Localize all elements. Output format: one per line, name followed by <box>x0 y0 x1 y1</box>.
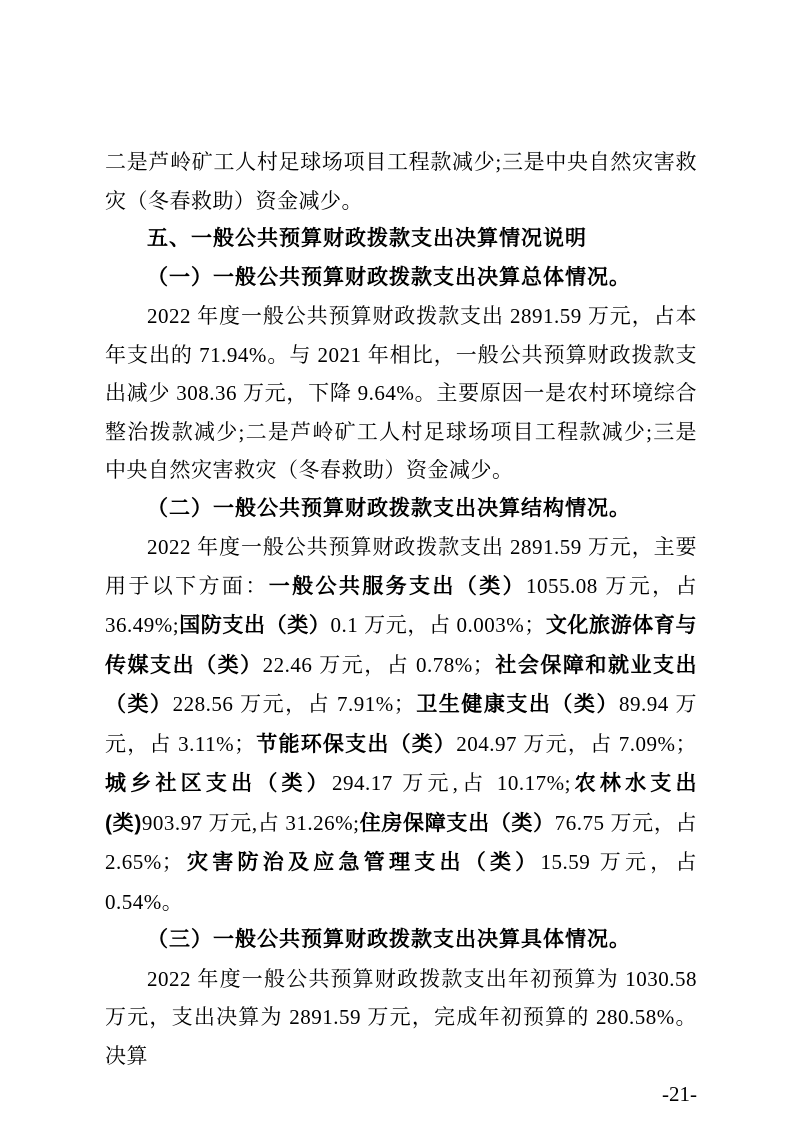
page-number: -21- <box>105 1075 697 1114</box>
subheading-specific-situation: （三）一般公共预算财政拨款支出决算具体情况。 <box>105 921 697 960</box>
subheading-structure-situation: （二）一般公共预算财政拨款支出决算结构情况。 <box>105 490 697 529</box>
expense-category-label: 节能环保支出（类） <box>256 733 457 756</box>
carryover-paragraph: 二是芦岭矿工人村足球场项目工程款减少;三是中央自然灾害救灾（冬春救助）资金减少。 <box>105 143 697 220</box>
expense-category-label: 灾害防治及应急管理支出（类） <box>183 851 540 874</box>
paragraph-structure-situation: 2022 年度一般公共预算财政拨款支出 2891.59 万元，主要用于以下方面：… <box>105 528 697 921</box>
expense-category-label: 卫生健康支出（类） <box>415 693 619 716</box>
text-segment: 22.46 万元，占 0.78%； <box>263 653 495 677</box>
text-segment: 0.1 万元，占 0.003%； <box>331 613 546 637</box>
subheading-overall-situation: （一）一般公共预算财政拨款支出决算总体情况。 <box>105 259 697 298</box>
text-segment: 294.17 万元,占 10.17%; <box>332 771 571 795</box>
text-segment: 204.97 万元，占 7.09%； <box>456 732 697 756</box>
document-page: 二是芦岭矿工人村足球场项目工程款减少;三是中央自然灾害救灾（冬春救助）资金减少。… <box>0 0 793 1122</box>
paragraph-specific-situation: 2022 年度一般公共预算财政拨款支出年初预算为 1030.58 万元，支出决算… <box>105 960 697 1076</box>
text-segment: 228.56 万元，占 7.91%； <box>173 692 416 716</box>
paragraph-overall-situation: 2022 年度一般公共预算财政拨款支出 2891.59 万元，占本年支出的 71… <box>105 297 697 490</box>
expense-category-label: 住房保障支出（类） <box>360 812 555 835</box>
expense-category-label: 国防支出（类） <box>179 614 330 637</box>
expense-category-label: 城乡社区支出（类） <box>105 772 332 795</box>
heading-section-five: 五、一般公共预算财政拨款支出决算情况说明 <box>105 220 697 259</box>
expense-category-label: 一般公共服务支出（类） <box>269 575 526 598</box>
text-segment: 903.97 万元,占 31.26%; <box>142 811 360 835</box>
document-text-block: 二是芦岭矿工人村足球场项目工程款减少;三是中央自然灾害救灾（冬春救助）资金减少。… <box>105 143 697 1114</box>
